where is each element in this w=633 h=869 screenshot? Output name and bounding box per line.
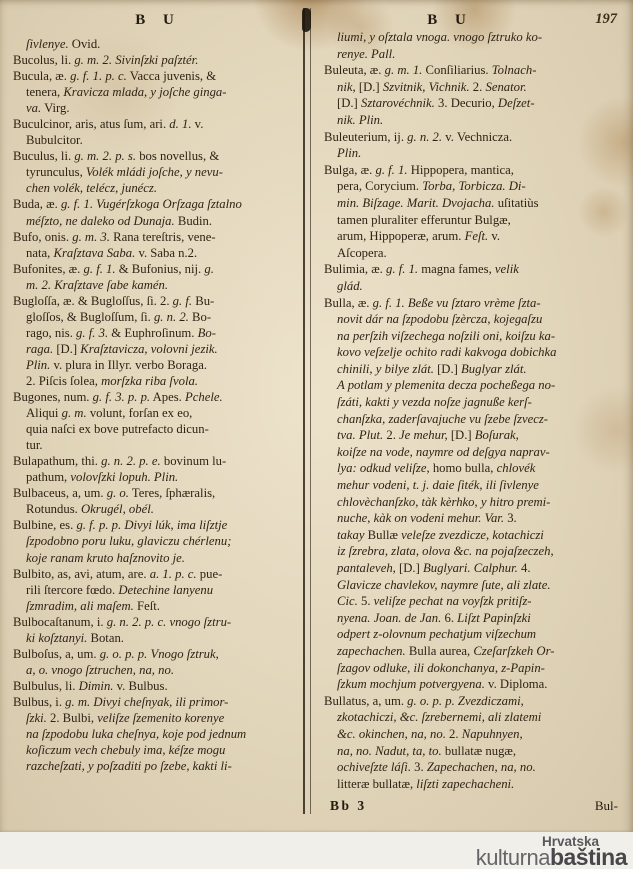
text-line: tamen pluraliter efferuntur Bulgæ, (324, 212, 624, 229)
text-line: 2. Piſcis ſolea, morſzka riba ſvola. (13, 373, 305, 389)
text-line: Bucolus, li. g. m. 2. Sivinſzki paſztér. (13, 52, 305, 68)
text-line: tenera, Kravicza mlada, y joſche ginga- (13, 84, 305, 100)
text-line: méſzto, ne daleko od Dunaja. Budin. (13, 213, 305, 229)
text-line: Buda, æ. g. f. 1. Vugérſzkoga Orſzaga ſz… (13, 196, 305, 212)
running-head-right: B U (325, 12, 575, 29)
text-line: ki koſztanyi. Botan. (13, 630, 305, 646)
text-line: raga. [D.] Kraſztavicza, volovni jezik. (13, 341, 305, 357)
catchword: Bul- (595, 798, 618, 814)
text-line: Bulga, æ. g. f. 1. Hippopera, mantica, (324, 162, 624, 179)
text-line: quia naſci ex bove putrefacto dicun- (13, 421, 305, 437)
text-line: ſzáti, kakti y vezda noſze jagnuße kerſ- (324, 394, 624, 411)
text-line: Bulbito, as, avi, atum, are. a. 1. p. c.… (13, 566, 305, 582)
text-line: pera, Corycium. Torba, Torbicza. Di- (324, 178, 624, 195)
watermark-bar: Hrvatska kulturnabaština (0, 832, 633, 869)
text-line: nik, [D.] Szvitnik, Vichnik. 2. Senator. (324, 79, 624, 96)
text-line: A potlam y plemenita decza pocheßega no- (324, 377, 624, 394)
text-line: liumi, y oſztala vnoga. vnogo ſztruko ko… (324, 29, 624, 46)
text-line: Bulbulus, li. Dimin. v. Bulbus. (13, 678, 305, 694)
text-line: nik. Plin. (324, 112, 624, 129)
text-line: gloſſos, & Bugloſſum, ſi. g. n. 2. Bo- (13, 309, 305, 325)
text-line: ſzmradim, ali maſem. Feſt. (13, 598, 305, 614)
text-line: ſzagov odluke, ili dokonchanya, z-Papin- (324, 660, 624, 677)
text-line: odpert z-olovnum pechatjum viſzechum (324, 626, 624, 643)
text-line: rago, nis. g. f. 3. & Euphroſinum. Bo- (13, 325, 305, 341)
text-line: Aſcopera. (324, 245, 624, 262)
running-head-left: B U (14, 12, 302, 29)
text-line: va. Virg. (13, 100, 305, 116)
text-line: [D.] Sztarovéchnik. 3. Decurio, Deſzet- (324, 95, 624, 112)
text-line: nata, Kraſztava Saba. v. Saba n.2. (13, 245, 305, 261)
text-line: renye. Pall. (324, 46, 624, 63)
text-line: Rotundus. Okrugél, obél. (13, 501, 305, 517)
text-line: zapechachen. Bulla aurea, Czeſarſzkeh Or… (324, 643, 624, 660)
text-line: Buculus, li. g. m. 2. p. s. bos novellus… (13, 148, 305, 164)
text-line: chlovèchanſzko, tàk kèrhko, y hitro prem… (324, 494, 624, 511)
text-line: Bulbocaſtanum, i. g. n. 2. p. c. vnogo ſ… (13, 614, 305, 630)
text-line: nuche, kàk on vodeni mehur. Var. 3. (324, 510, 624, 527)
text-line: ſzki. 2. Bulbi, veliſze ſzemenito koreny… (13, 710, 305, 726)
text-line: ſzkum mochjum potvergyena. v. Diploma. (324, 676, 624, 693)
text-line: Bufonites, æ. g. f. 1. & Bufonius, nij. … (13, 261, 305, 277)
text-line: iz ſzrebra, zlata, olova &c. na pojaſzec… (324, 543, 624, 560)
text-line: pathum, volovſzki lopuh. Plin. (13, 469, 305, 485)
text-line: Glavicze chavlekov, naymre ſute, ali zla… (324, 577, 624, 594)
text-line: chanſzka, zaderſavajuche vu ſzebe ſzvecz… (324, 411, 624, 428)
text-line: koje ranam kruto haſznovito je. (13, 550, 305, 566)
text-line: Bufo, onis. g. m. 3. Rana tereſtris, ven… (13, 229, 305, 245)
text-line: Cic. 5. veliſze pechat na voyſzk pritiſz… (324, 593, 624, 610)
text-line: na, no. Nadut, ta, to. bullatæ nugæ, (324, 743, 624, 760)
text-line: chinili, y bilye zlát. [D.] Buglyar zlát… (324, 361, 624, 378)
text-line: tur. (13, 437, 305, 453)
text-line: lya: odkud veliſze, homo bulla, chlovék (324, 460, 624, 477)
text-line: litteræ bullatæ, liſzti zapechacheni. (324, 776, 624, 793)
text-line: Bulapathum, thi. g. n. 2. p. e. bovinum … (13, 453, 305, 469)
text-line: Buleuta, æ. g. m. 1. Conſiliarius. Tolna… (324, 62, 624, 79)
text-line: arum, Hippoperæ, arum. Feſt. v. (324, 228, 624, 245)
text-line: takay Bullæ veleſze zvezdicze, kotachicz… (324, 527, 624, 544)
text-line: koiſze na vode, naymre od deſgya naprav- (324, 444, 624, 461)
text-line: Bulbus, i. g. m. Divyi cheſnyak, ili pri… (13, 694, 305, 710)
text-line: na ſzpodobu luka cheſnya, koje pod jednu… (13, 726, 305, 742)
text-line: Aliqui g. m. volunt, forſan ex eo, (13, 405, 305, 421)
text-line: rili ſtercore fœdo. Detechine lanyenu (13, 582, 305, 598)
text-line: tyrunculus, Volék mládi joſche, y nevu- (13, 164, 305, 180)
text-line: Bulla, æ. g. f. 1. Beße vu ſztaro vrème … (324, 295, 624, 312)
text-line: tva. Plut. 2. Je mehur, [D.] Boſurak, (324, 427, 624, 444)
text-line: Buculcinor, aris, atus ſum, ari. d. 1. v… (13, 116, 305, 132)
column-right: liumi, y oſztala vnoga. vnogo ſztruko ko… (324, 29, 624, 792)
text-line: razcheſzati, y poſzaditi po ſzebe, kakti… (13, 758, 305, 774)
text-line: ſzpodobno poru luku, glaviczu chérlenu; (13, 533, 305, 549)
text-line: zkotachiczi, &c. ſzrebernemi, ali zlatem… (324, 709, 624, 726)
watermark-line2: kulturnabaština (0, 847, 633, 869)
text-line: Plin. v. plura in Illyr. verbo Boraga. (13, 357, 305, 373)
text-line: a, o. vnogo ſztruchen, na, no. (13, 662, 305, 678)
text-line: Bulbine, es. g. f. p. p. Divyi lúk, ima … (13, 517, 305, 533)
text-line: Bucula, æ. g. f. 1. p. c. Vacca juvenis,… (13, 68, 305, 84)
text-line: na perſzih viſzechega noſzili oni, koiſz… (324, 328, 624, 345)
text-line: koſiczum vech chebuly ima, kéſze mogu (13, 742, 305, 758)
text-line: pantaleveh, [D.] Buglyari. Calphur. 4. (324, 560, 624, 577)
column-left: ſivlenye. Ovid.Bucolus, li. g. m. 2. Siv… (13, 36, 305, 774)
text-line: Buleuterium, ij. g. n. 2. v. Vechnicza. (324, 129, 624, 146)
text-line: Bugloſſa, æ. & Bugloſſus, ſi. 2. g. f. B… (13, 293, 305, 309)
signature-row: Bb 3 Bul- (330, 798, 618, 814)
signature-mark: Bb 3 (330, 798, 367, 814)
text-line: glád. (324, 278, 624, 295)
text-line: min. Biſzage. Marit. Dvojacha. uſitatiùs (324, 195, 624, 212)
text-line: Bulimia, æ. g. f. 1. magna fames, velik (324, 261, 624, 278)
text-line: ochiveſzte láſi. 3. Zapechachen, na, no. (324, 759, 624, 776)
text-line: Plin. (324, 145, 624, 162)
text-line: ſivlenye. Ovid. (13, 36, 305, 52)
text-line: Bullatus, a, um. g. o. p. p. Zvezdiczami… (324, 693, 624, 710)
text-line: novit dár na ſzpodobu ſzèrcza, kojegaſzu (324, 311, 624, 328)
text-line: &c. okinchen, na, no. 2. Napuhnyen, (324, 726, 624, 743)
text-line: mehur vodeni, t. j. daie ſiték, ili ſivl… (324, 477, 624, 494)
watermark-bold: baština (550, 844, 627, 869)
page-number: 197 (595, 11, 617, 28)
text-line: m. 2. Kraſztave ſabe kamén. (13, 277, 305, 293)
text-line: chen volék, telécz, junécz. (13, 180, 305, 196)
text-line: kovo veſzelje ochito radi kakvoga dobich… (324, 344, 624, 361)
text-line: Bulboſus, a, um. g. o. p. p. Vnogo ſztru… (13, 646, 305, 662)
watermark-regular: kulturna (476, 845, 550, 869)
text-line: Bugones, num. g. f. 3. p. p. Apes. Pchel… (13, 389, 305, 405)
text-line: Bubulcitor. (13, 132, 305, 148)
text-line: nyena. Joan. de Jan. 6. Liſzt Papinſzki (324, 610, 624, 627)
text-line: Bulbaceus, a, um. g. o. Teres, ſphæralis… (13, 485, 305, 501)
